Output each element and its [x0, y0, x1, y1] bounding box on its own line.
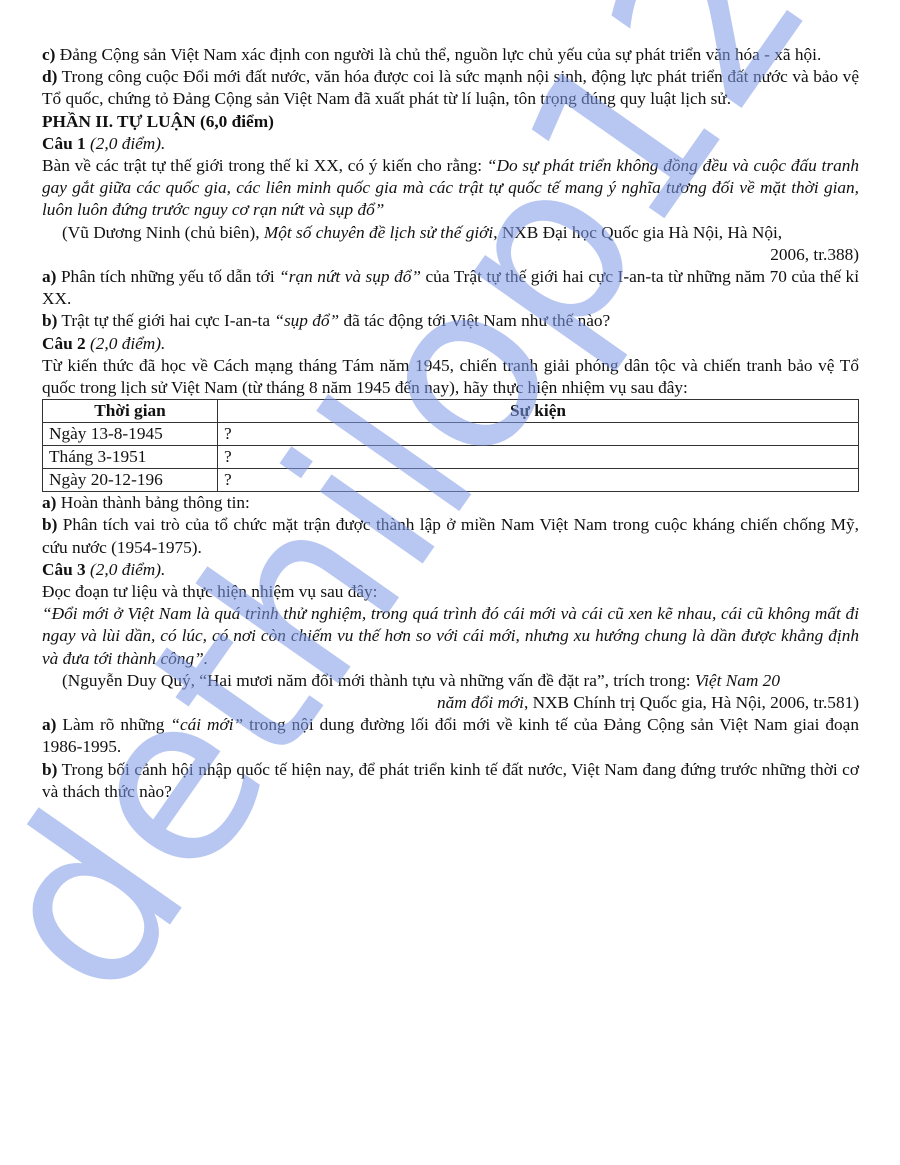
q3-source: (Nguyễn Duy Quý, “Hai mươi năm đổi mới t… — [42, 670, 859, 692]
q1-source: (Vũ Dương Ninh (chủ biên), Một số chuyên… — [42, 222, 859, 244]
q3-title: Câu 3 (2,0 điểm). — [42, 559, 859, 581]
q2-table: Thời gian Sự kiện Ngày 13-8-1945 ? Tháng… — [42, 399, 859, 492]
q2-title: Câu 2 (2,0 điểm). — [42, 333, 859, 355]
q3-b: b) Trong bối cảnh hội nhập quốc tế hiện … — [42, 759, 859, 803]
q3-a: a) Làm rõ những “cái mới” trong nội dung… — [42, 714, 859, 758]
header-time: Thời gian — [43, 400, 218, 423]
q2-a: a) Hoàn thành bảng thông tin: — [42, 492, 859, 514]
event-cell: ? — [218, 446, 859, 469]
time-cell: Ngày 13-8-1945 — [43, 423, 218, 446]
q3-source-end: năm đổi mới, NXB Chính trị Quốc gia, Hà … — [42, 692, 859, 714]
q2-prompt: Từ kiến thức đã học về Cách mạng tháng T… — [42, 355, 859, 399]
table-row: Ngày 20-12-196 ? — [43, 469, 859, 492]
event-cell: ? — [218, 469, 859, 492]
q1-prompt: Bàn về các trật tự thế giới trong thế kỉ… — [42, 155, 859, 222]
time-cell: Tháng 3-1951 — [43, 446, 218, 469]
q3-prompt: Đọc đoạn tư liệu và thực hiện nhiệm vụ s… — [42, 581, 859, 603]
header-event: Sự kiện — [218, 400, 859, 423]
statement-c: c) Đảng Cộng sản Việt Nam xác định con n… — [42, 44, 859, 66]
table-row: Ngày 13-8-1945 ? — [43, 423, 859, 446]
table-header-row: Thời gian Sự kiện — [43, 400, 859, 423]
table-row: Tháng 3-1951 ? — [43, 446, 859, 469]
event-cell: ? — [218, 423, 859, 446]
q1-b: b) Trật tự thế giới hai cực I-an-ta “sụp… — [42, 310, 859, 332]
q1-a: a) Phân tích những yếu tố dẫn tới “rạn n… — [42, 266, 859, 310]
exam-page: c) Đảng Cộng sản Việt Nam xác định con n… — [42, 44, 859, 803]
time-cell: Ngày 20-12-196 — [43, 469, 218, 492]
q1-source-page: 2006, tr.388) — [42, 244, 859, 266]
q1-title: Câu 1 (2,0 điểm). — [42, 133, 859, 155]
statement-d: d) Trong công cuộc Đổi mới đất nước, văn… — [42, 66, 859, 110]
q2-b: b) Phân tích vai trò của tổ chức mặt trậ… — [42, 514, 859, 558]
q3-quote: “Đổi mới ở Việt Nam là quá trình thử ngh… — [42, 603, 859, 670]
part2-heading: PHẦN II. TỰ LUẬN (6,0 điểm) — [42, 111, 859, 133]
